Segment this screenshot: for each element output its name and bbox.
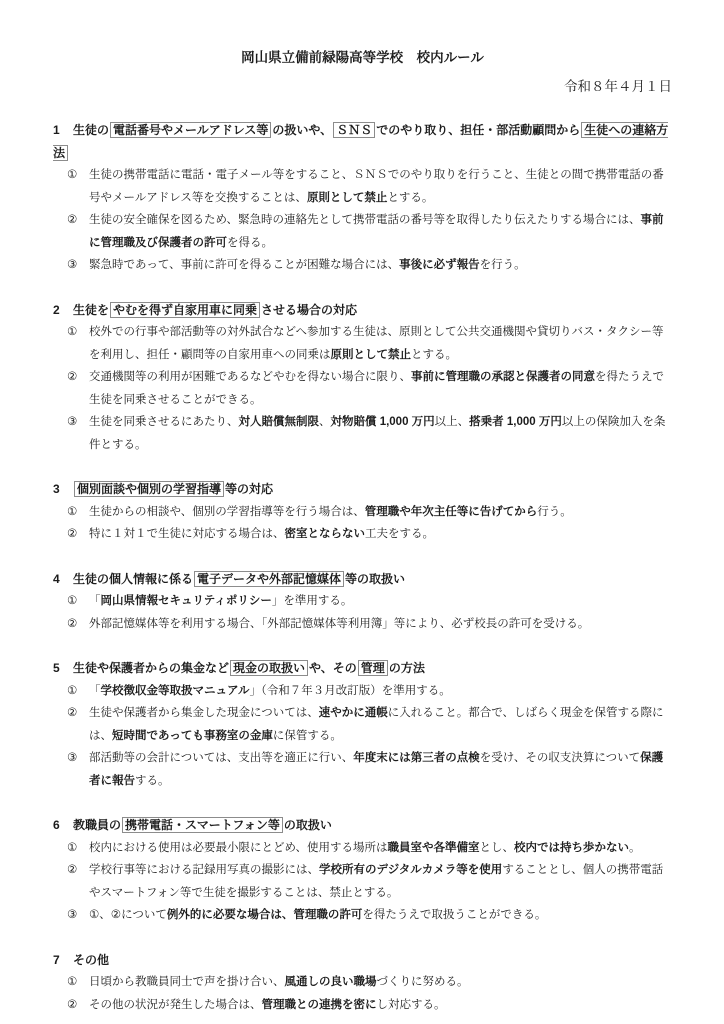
emphasis-text: 短時間であっても事務室の金庫: [112, 730, 273, 742]
section-number: 1: [53, 119, 73, 142]
heading-text: 等の対応: [225, 482, 273, 496]
boxed-phrase: やむを得ず自家用車に同乗: [110, 302, 260, 318]
item-marker: ①: [67, 164, 89, 209]
body-text: 「: [89, 685, 101, 697]
heading-text: でのやり取り、担任・部活動顧問から: [376, 123, 580, 137]
list-item: ②外部記憶媒体等を利用する場合、「外部記憶媒体等利用簿」等により、必ず校長の許可…: [53, 613, 672, 636]
body-text: 生徒からの相談や、個別の学習指導等を行う場合は、: [89, 506, 365, 518]
section-heading: 1生徒の電話番号やメールアドレス等の扱いや、ＳＮＳでのやり取り、担任・部活動顧問…: [53, 119, 672, 164]
body-text: とする。: [387, 192, 433, 204]
section-heading: 7その他: [53, 949, 672, 972]
emphasis-text: 学校所有のデジタルカメラ等を使用: [319, 864, 502, 876]
item-text: 生徒や保護者から集金した現金については、速やかに通帳に入れること。都合で、しばら…: [89, 702, 672, 747]
body-text: を得たうえで取扱うことができる。: [362, 909, 546, 921]
item-text: その他の状況が発生した場合は、管理職との連携を密にし対応する。: [89, 994, 672, 1017]
section-number: 5: [53, 657, 73, 680]
emphasis-text: 密室とならない: [285, 528, 366, 540]
list-item: ②交通機関等の利用が困難であるなどやむを得ない場合に限り、事前に管理職の承認と保…: [53, 366, 672, 411]
section-7: 7その他①日頃から教職員同士で声を掛け合い、風通しの良い職場づくりに努める。②そ…: [53, 949, 672, 1017]
list-item: ③緊急時であって、事前に許可を得ることが困難な場合には、事後に必ず報告を行う。: [53, 254, 672, 277]
list-item: ②学校行事等における記録用写真の撮影には、学校所有のデジタルカメラ等を使用するこ…: [53, 859, 672, 904]
body-text: 生徒や保護者から集金した現金については、: [89, 707, 319, 719]
section-6: 6教職員の携帯電話・スマートフォン等の取扱い①校内における使用は必要最小限にとど…: [53, 814, 672, 927]
body-text: づくりに努める。: [377, 976, 469, 988]
heading-text: 生徒の: [73, 123, 109, 137]
list-item: ③生徒を同乗させるにあたり、対人賠償無制限、対物賠償 1,000 万円以上、搭乗…: [53, 411, 672, 456]
section-number: 3: [53, 478, 73, 501]
section-heading: 2生徒をやむを得ず自家用車に同乗させる場合の対応: [53, 299, 672, 322]
body-text: 生徒の安全確保を図るため、緊急時の連絡先として携帯電話の番号等を取得したり伝えた…: [89, 214, 641, 226]
sections: 1生徒の電話番号やメールアドレス等の扱いや、ＳＮＳでのやり取り、担任・部活動顧問…: [53, 119, 672, 1016]
body-text: 「: [89, 595, 101, 607]
boxed-phrase: 個別面談や個別の学習指導: [74, 481, 224, 497]
item-text: 校外での行事や部活動等の対外試合などへ参加する生徒は、原則として公共交通機関や貸…: [89, 321, 672, 366]
item-text: 外部記憶媒体等を利用する場合、「外部記憶媒体等利用簿」等により、必ず校長の許可を…: [89, 613, 672, 636]
item-text: 部活動等の会計については、支出等を適正に行い、年度末には第三者の点検を受け、その…: [89, 747, 672, 792]
boxed-phrase: 携帯電話・スマートフォン等: [122, 817, 283, 833]
heading-text: 生徒の個人情報に係る: [73, 572, 193, 586]
section-heading: 3個別面談や個別の学習指導等の対応: [53, 478, 672, 501]
body-text: を得る。: [227, 237, 273, 249]
item-marker: ①: [67, 971, 89, 994]
boxed-phrase: 電話番号やメールアドレス等: [110, 122, 271, 138]
body-text: 行う。: [537, 506, 572, 518]
boxed-phrase: ＳＮＳ: [333, 122, 375, 138]
emphasis-text: 年度末には第三者の点検: [353, 752, 480, 764]
section-number: 7: [53, 949, 73, 972]
item-marker: ③: [67, 904, 89, 927]
heading-text: させる場合の対応: [261, 303, 357, 317]
item-marker: ①: [67, 680, 89, 703]
body-text: 。: [629, 842, 641, 854]
emphasis-text: 対物賠償 1,000 万円: [331, 416, 435, 428]
item-text: 生徒の携帯電話に電話・電子メール等をすること、ＳＮＳでのやり取りを行うこと、生徒…: [89, 164, 672, 209]
body-text: 」（令和７年３月改訂版）を準用する。: [250, 685, 451, 697]
heading-text: 等の取扱い: [345, 572, 405, 586]
emphasis-text: 管理職との連携を密に: [262, 999, 377, 1011]
body-text: とする。: [411, 349, 457, 361]
boxed-phrase: 管理: [358, 660, 388, 676]
item-marker: ②: [67, 366, 89, 411]
section-number: 4: [53, 568, 73, 591]
body-text: 外部記憶媒体等を利用する場合、「外部記憶媒体等利用簿」等により、必ず校長の許可を…: [89, 618, 589, 630]
emphasis-text: 岡山県情報セキュリティポリシー: [101, 595, 272, 607]
section-number: 2: [53, 299, 73, 322]
body-text: その他の状況が発生した場合は、: [89, 999, 262, 1011]
emphasis-text: 学校徴収金等取扱マニュアル: [101, 685, 250, 697]
boxed-phrase: 電子データや外部記憶媒体: [194, 571, 344, 587]
item-text: 緊急時であって、事前に許可を得ることが困難な場合には、事後に必ず報告を行う。: [89, 254, 672, 277]
body-text: 校内における使用は必要最小限にとどめ、使用する場所は: [89, 842, 388, 854]
emphasis-text: 搭乗者 1,000 万円: [469, 416, 562, 428]
heading-text: 生徒を: [73, 303, 109, 317]
section-3: 3個別面談や個別の学習指導等の対応①生徒からの相談や、個別の学習指導等を行う場合…: [53, 478, 672, 546]
document-date: 令和８年４月１日: [53, 77, 672, 97]
item-marker: ③: [67, 747, 89, 792]
body-text: 特に１対１で生徒に対応する場合は、: [89, 528, 285, 540]
list-item: ②その他の状況が発生した場合は、管理職との連携を密にし対応する。: [53, 994, 672, 1017]
section-heading: 6教職員の携帯電話・スマートフォン等の取扱い: [53, 814, 672, 837]
list-item: ①生徒の携帯電話に電話・電子メール等をすること、ＳＮＳでのやり取りを行うこと、生…: [53, 164, 672, 209]
item-text: 特に１対１で生徒に対応する場合は、密室とならない工夫をする。: [89, 523, 672, 546]
body-text: 、: [319, 416, 331, 428]
emphasis-text: 事後に必ず報告: [399, 259, 480, 271]
heading-text: 生徒や保護者からの集金など: [73, 661, 229, 675]
list-item: ②生徒や保護者から集金した現金については、速やかに通帳に入れること。都合で、しば…: [53, 702, 672, 747]
heading-text: の取扱い: [284, 818, 332, 832]
item-marker: ②: [67, 209, 89, 254]
emphasis-text: 例外的に必要な場合は、管理職の許可: [167, 909, 363, 921]
item-marker: ②: [67, 702, 89, 747]
body-text: 交通機関等の利用が困難であるなどやむを得ない場合に限り、: [89, 371, 411, 383]
list-item: ①校外での行事や部活動等の対外試合などへ参加する生徒は、原則として公共交通機関や…: [53, 321, 672, 366]
item-text: 日頃から教職員同士で声を掛け合い、風通しの良い職場づくりに努める。: [89, 971, 672, 994]
emphasis-text: 速やかに通帳: [319, 707, 388, 719]
document-title: 岡山県立備前緑陽高等学校 校内ルール: [53, 48, 672, 68]
item-text: 生徒の安全確保を図るため、緊急時の連絡先として携帯電話の番号等を取得したり伝えた…: [89, 209, 672, 254]
list-item: ①日頃から教職員同士で声を掛け合い、風通しの良い職場づくりに努める。: [53, 971, 672, 994]
heading-text: 教職員の: [73, 818, 121, 832]
emphasis-text: 原則として禁止: [331, 349, 412, 361]
item-marker: ③: [67, 411, 89, 456]
item-text: 「岡山県情報セキュリティポリシー」を準用する。: [89, 590, 672, 613]
body-text: し対応する。: [377, 999, 446, 1011]
item-text: 「学校徴収金等取扱マニュアル」（令和７年３月改訂版）を準用する。: [89, 680, 672, 703]
body-text: 学校行事等における記録用写真の撮影には、: [89, 864, 319, 876]
body-text: ①、②について: [89, 909, 167, 921]
heading-text: の方法: [389, 661, 425, 675]
body-text: に保管する。: [273, 730, 342, 742]
item-marker: ①: [67, 590, 89, 613]
item-marker: ①: [67, 837, 89, 860]
body-text: 部活動等の会計については、支出等を適正に行い、: [89, 752, 353, 764]
item-marker: ①: [67, 501, 89, 524]
boxed-phrase: 現金の取扱い: [230, 660, 308, 676]
section-number: 6: [53, 814, 73, 837]
emphasis-text: 校内では持ち歩かない: [514, 842, 629, 854]
body-text: 日頃から教職員同士で声を掛け合い、: [89, 976, 285, 988]
section-5: 5生徒や保護者からの集金など現金の取扱いや、その管理の方法①「学校徴収金等取扱マ…: [53, 657, 672, 792]
list-item: ①生徒からの相談や、個別の学習指導等を行う場合は、管理職や年次主任等に告げてから…: [53, 501, 672, 524]
body-text: 以上、: [435, 416, 470, 428]
item-text: 生徒からの相談や、個別の学習指導等を行う場合は、管理職や年次主任等に告げてから行…: [89, 501, 672, 524]
emphasis-text: 職員室や各準備室: [388, 842, 480, 854]
item-marker: ②: [67, 994, 89, 1017]
list-item: ②生徒の安全確保を図るため、緊急時の連絡先として携帯電話の番号等を取得したり伝え…: [53, 209, 672, 254]
item-text: 交通機関等の利用が困難であるなどやむを得ない場合に限り、事前に管理職の承認と保護…: [89, 366, 672, 411]
item-text: 校内における使用は必要最小限にとどめ、使用する場所は職員室や各準備室とし、校内で…: [89, 837, 672, 860]
body-text: を受け、その収支決算について: [480, 752, 640, 764]
item-text: 生徒を同乗させるにあたり、対人賠償無制限、対物賠償 1,000 万円以上、搭乗者…: [89, 411, 672, 456]
body-text: 」を準用する。: [272, 595, 353, 607]
emphasis-text: 事前に管理職の承認と保護者の同意: [411, 371, 595, 383]
heading-text: や、その: [309, 661, 357, 675]
body-text: 工夫をする。: [365, 528, 434, 540]
document-page: 岡山県立備前緑陽高等学校 校内ルール 令和８年４月１日 1生徒の電話番号やメール…: [0, 0, 724, 1024]
list-item: ①「学校徴収金等取扱マニュアル」（令和７年３月改訂版）を準用する。: [53, 680, 672, 703]
body-text: する。: [135, 775, 170, 787]
body-text: とし、: [480, 842, 515, 854]
list-item: ①「岡山県情報セキュリティポリシー」を準用する。: [53, 590, 672, 613]
item-text: 学校行事等における記録用写真の撮影には、学校所有のデジタルカメラ等を使用すること…: [89, 859, 672, 904]
body-text: 生徒を同乗させるにあたり、: [89, 416, 239, 428]
item-marker: ③: [67, 254, 89, 277]
item-marker: ②: [67, 613, 89, 636]
list-item: ③部活動等の会計については、支出等を適正に行い、年度末には第三者の点検を受け、そ…: [53, 747, 672, 792]
item-marker: ②: [67, 859, 89, 904]
list-item: ③①、②について例外的に必要な場合は、管理職の許可を得たうえで取扱うことができる…: [53, 904, 672, 927]
emphasis-text: 原則として禁止: [307, 192, 388, 204]
body-text: を行う。: [480, 259, 526, 271]
section-4: 4生徒の個人情報に係る電子データや外部記憶媒体等の取扱い①「岡山県情報セキュリテ…: [53, 568, 672, 636]
section-2: 2生徒をやむを得ず自家用車に同乗させる場合の対応①校外での行事や部活動等の対外試…: [53, 299, 672, 457]
item-text: ①、②について例外的に必要な場合は、管理職の許可を得たうえで取扱うことができる。: [89, 904, 672, 927]
list-item: ①校内における使用は必要最小限にとどめ、使用する場所は職員室や各準備室とし、校内…: [53, 837, 672, 860]
item-marker: ②: [67, 523, 89, 546]
body-text: 緊急時であって、事前に許可を得ることが困難な場合には、: [89, 259, 399, 271]
item-marker: ①: [67, 321, 89, 366]
list-item: ②特に１対１で生徒に対応する場合は、密室とならない工夫をする。: [53, 523, 672, 546]
emphasis-text: 管理職や年次主任等に告げてから: [365, 506, 538, 518]
emphasis-text: 対人賠償無制限: [239, 416, 320, 428]
heading-text: の扱いや、: [272, 123, 332, 137]
emphasis-text: 風通しの良い職場: [285, 976, 377, 988]
section-1: 1生徒の電話番号やメールアドレス等の扱いや、ＳＮＳでのやり取り、担任・部活動顧問…: [53, 119, 672, 277]
section-heading: 5生徒や保護者からの集金など現金の取扱いや、その管理の方法: [53, 657, 672, 680]
section-heading: 4生徒の個人情報に係る電子データや外部記憶媒体等の取扱い: [53, 568, 672, 591]
heading-text: その他: [73, 953, 109, 967]
